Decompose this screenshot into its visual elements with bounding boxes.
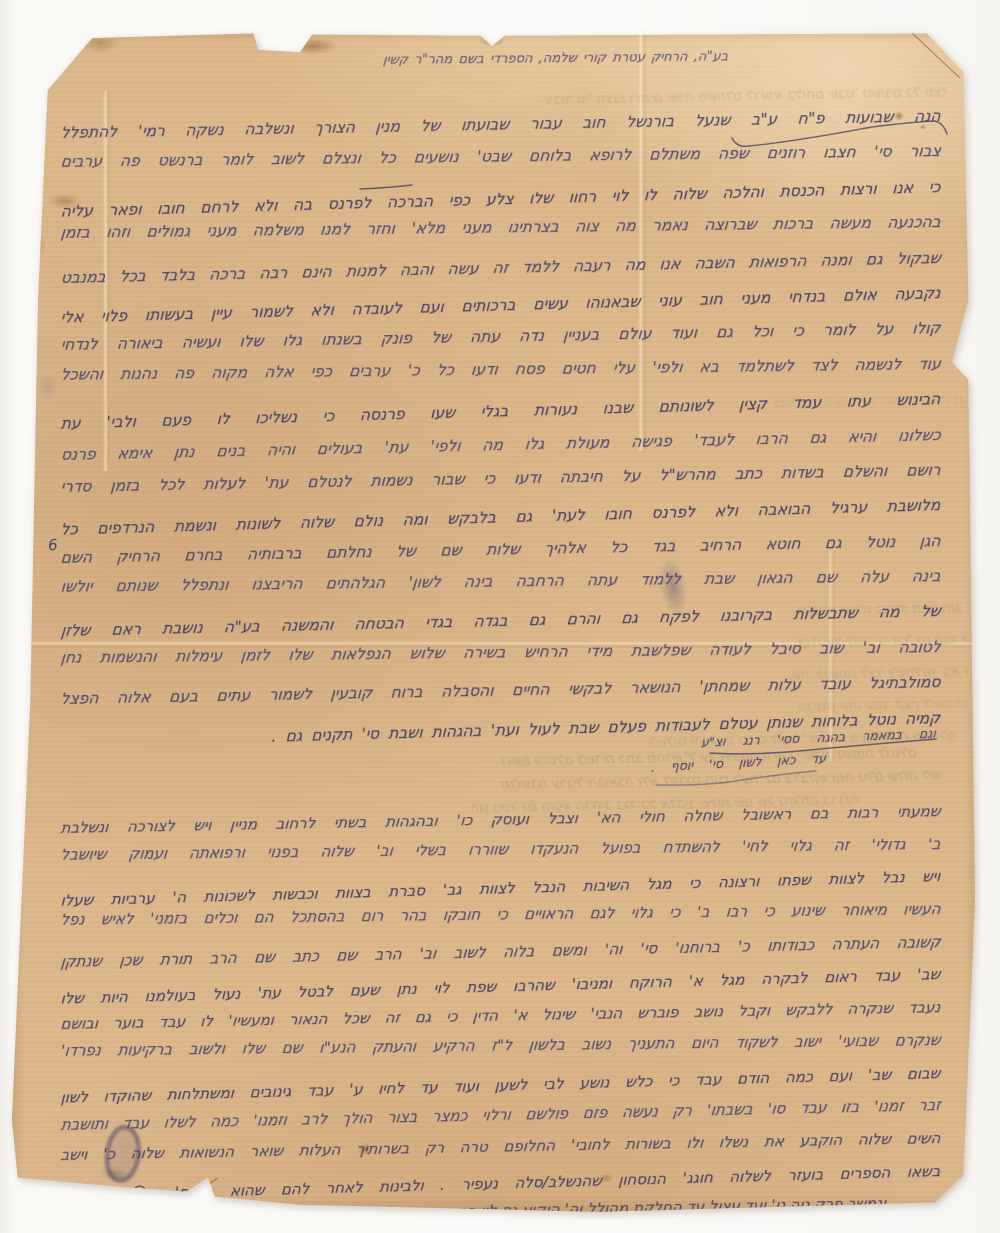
paper-shadow: צבור סי' חצבו רוזנים שפה משתלם לרופא בלו… — [0, 0, 1000, 1233]
letter-paper: צבור סי' חצבו רוזנים שפה משתלם לרופא בלו… — [10, 31, 976, 1213]
stain — [28, 233, 46, 257]
stain — [288, 37, 338, 55]
stain — [478, 33, 506, 47]
letter-header: בע"ה, הרחיק עטרת קורי שלמה, הספרדי בשם מ… — [382, 48, 729, 70]
letter-body-section-2: שמעתי רבות בם ראשובל שחלה חולי הא' וצבל … — [60, 800, 940, 1225]
stain — [80, 33, 120, 53]
corner-crease-line — [912, 33, 960, 78]
scan-background: צבור סי' חצבו רוזנים שפה משתלם לרופא בלו… — [0, 0, 1000, 1233]
margin-numeral: 6 — [47, 536, 58, 555]
letter-body-section-1: הנה שבועות פ"ח ע"ב שנעל בורנשל חוב עבור … — [60, 105, 940, 742]
stain — [38, 371, 58, 401]
